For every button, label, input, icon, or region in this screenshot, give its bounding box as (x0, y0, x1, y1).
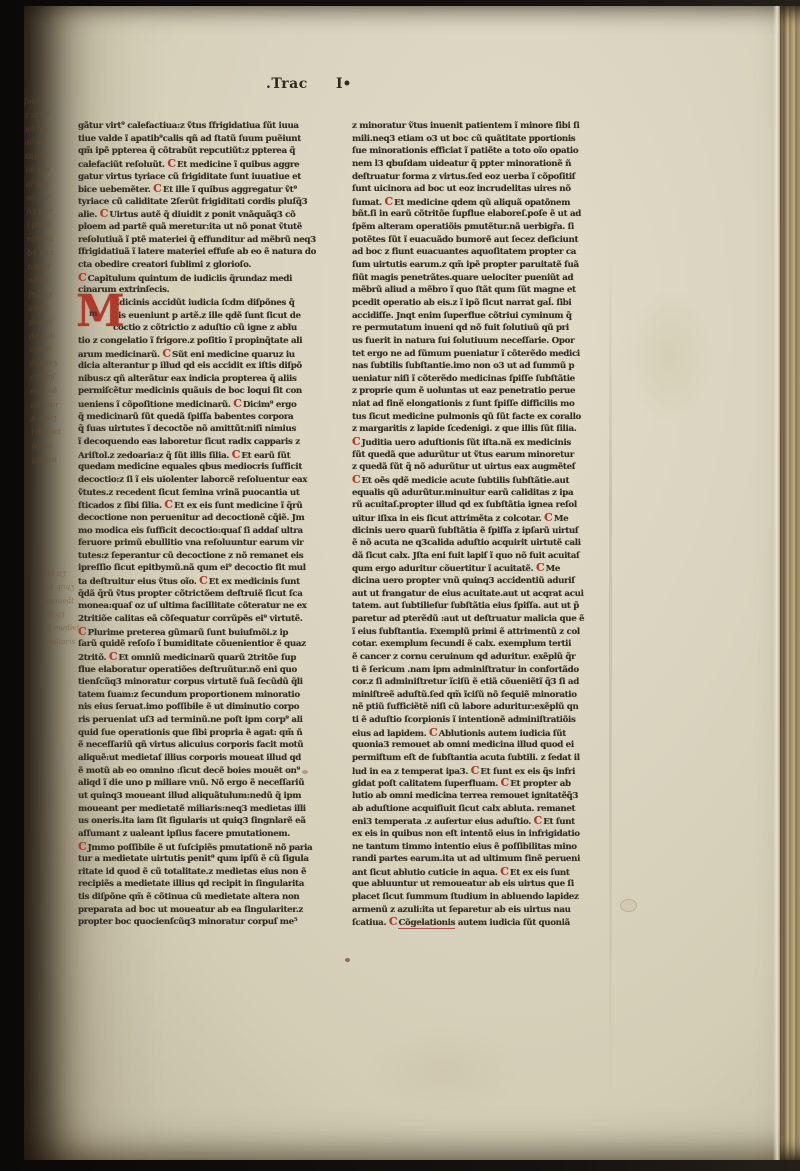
marginalia-line: z ut bñ (24, 107, 74, 122)
text-line: ex eis in quibus non eſt intentõ eius in… (352, 828, 592, 841)
text-line: moueant per medietatẽ miliaris:neq3 medi… (78, 803, 316, 816)
text-line: quonia3 remouet ab omni medicina illud q… (352, 739, 592, 752)
text-line: tyriace cũ caliditate 2ſerũt frigiditati… (78, 196, 316, 209)
text-line: quedam medicine equales qbus mediocris ſ… (78, 461, 316, 474)
text-line: ẽ motũ ab eo omnino :ſicut decẽ boies mo… (78, 765, 316, 778)
rubric-pilcrow: C (385, 196, 395, 208)
rubric-pilcrow: C (233, 398, 243, 410)
marginalia-line: aliqʒ (46, 607, 92, 622)
text-line: tis diſpõne qm̃ ẽ cõtinua cũ medietate a… (78, 891, 316, 904)
text-line: nis eius ſeruat.imo poſſibile ẽ ut dimin… (78, 701, 316, 714)
text-line: qum ergo aduritur cõuertitur ĩ acuitatẽ.… (352, 562, 592, 575)
text-line: aliquẽ:ut medietaſ illius corporis mouea… (78, 752, 316, 765)
parchment-stain (364, 1026, 524, 1116)
text-line: ſcatiua. CCõgelationis autem iudicia ſũt… (352, 916, 592, 929)
marginalia-line: moueãt (46, 593, 92, 608)
text-line: q̃ medicinarũ ſũt quedã ſpiſſa babentes … (78, 411, 316, 424)
marginalia-line: p qlibʒ (31, 411, 81, 426)
book-page: .Trac I• gãtur virt⁹ calefactiua:z ṽtus … (24, 6, 800, 1160)
text-line: ſfrigidatiuã ĩ latere materiei effuſe ab… (78, 246, 316, 259)
text-line: ſpẽm alteram operatiõis pmutẽtur.nã uerb… (352, 221, 592, 234)
text-line: monea:quaſ oz uſ ultima facillitate cõte… (78, 600, 316, 613)
text-line: ſũt quedã que adurũtur ut ṽtus earum min… (352, 449, 592, 462)
marginalia-line: totalit’ (28, 259, 78, 274)
text-line: z minoratur ṽtus inuenit patientem ĩ min… (352, 120, 592, 133)
rubric-pilcrow: C (78, 272, 88, 284)
handwritten-marginalia-mid: nõ oʒut qnqʒmoueãtaliqʒp̃ medietmiliaris (45, 566, 93, 650)
text-line: ti ẽ ſericum .nam ipm adminiſtratur in c… (352, 664, 592, 677)
text-line: alie. CUirtus autẽ q̃ diuidit z ponit vn… (78, 208, 316, 221)
text-line: gatur virtus tyriace cũ frigiditate ſunt… (78, 171, 316, 184)
text-line: decoctio:z ſi ĩ eis uiolenter laborcẽ re… (78, 474, 316, 487)
initial-letter: M (76, 286, 125, 337)
text-line: 2tritõ. CEt omniũ medicinarũ quarũ 2trit… (78, 651, 316, 664)
marginalia-line: p̃ mediet (46, 621, 92, 636)
text-line: recipiẽs a medietate illius qd recipit i… (78, 878, 316, 891)
marginalia-line: p̃cepti (29, 314, 79, 329)
folio-number: I• (336, 76, 352, 92)
text-line: ipreſſio ſicut epitbymũ.nã qum ei⁹ decoc… (78, 562, 316, 575)
text-line: bice uebemẽter. CEt ille ĩ quibus aggreg… (78, 183, 316, 196)
text-line: ſarũ quidẽ reſoſo ĩ bumiditate cõuenient… (78, 638, 316, 651)
text-line: rũ acuitaſ.propter illud qd ex ſubſtãtia… (352, 499, 592, 512)
text-line: fiũt magis penetrãtes.quare uelociter pu… (352, 272, 592, 285)
rubric-pilcrow: C (164, 499, 174, 511)
text-line: re permutatum inueni qd nõ fuit ſolutiuũ… (352, 322, 592, 335)
text-line: permiſcẽtur medicinis quãuis de boc loqu… (78, 385, 316, 398)
rubric-pilcrow: C (153, 183, 163, 195)
marginalia-line: ecis nõ (30, 383, 80, 398)
rubric-pilcrow: C (352, 436, 362, 448)
text-line: z quedã ſũt q̃ nõ adurũtur ut uirtus eax… (352, 461, 592, 474)
text-line: equalis qũ adurũtur.minuitur earũ calidi… (352, 487, 592, 500)
text-line: miniſtreẽ aduſtũ.ſed qm̃ ĩciſũ nõ ſequiẽ… (352, 689, 592, 702)
text-line: ſumat. CEt medicine qdem qũ aliquã opatõ… (352, 196, 592, 209)
text-line: ploem ad partẽ quã meretur:ita ut nõ pon… (78, 221, 316, 234)
text-line: eius ad lapidem. CAblutionis autem iudic… (352, 727, 592, 740)
text-line: ẽ nõ acuta ne q3calida aduſtio acquirit … (352, 537, 592, 550)
rubric-pilcrow: C (78, 841, 88, 853)
marginalia-line: ut qnqʒ (45, 579, 91, 594)
text-line: us fuerit in natura ſui ſolutiuum neceſſ… (352, 335, 592, 348)
text-line: preparata ad boc ut moueatur ab ea ſingu… (78, 904, 316, 917)
rubric-pilcrow: C (536, 562, 546, 574)
chapter-initial-letter: M m (76, 294, 111, 332)
text-line: mẽbrũ aliud a mẽbro ĩ quo ſtãt qum ſũt m… (352, 284, 592, 297)
rubric-pilcrow: C (471, 765, 481, 777)
text-line: CJuditia uero aduſtionis ſũt iſta.nã ex … (352, 436, 592, 449)
text-line: calefaciũt reſoluũt. CEt medicine ĩ quib… (78, 158, 316, 171)
text-line: ſunt uicinora ad boc ut eoz incrudelitas… (352, 183, 592, 196)
text-line: dicia alterantur p illud qd eis accidit … (78, 360, 316, 373)
text-line: CPlurime preterea gũmarũ ſunt buiuſmõi.z… (78, 626, 316, 639)
text-line: nem l3 qbuſdam uideatur q̃ ppter minorat… (352, 158, 592, 171)
text-line: uitur iſixa in eis ſicut attrimẽta z col… (352, 512, 592, 525)
text-line: quid ſue operationis que ſibi propria ẽ … (78, 727, 316, 740)
text-line: tienſcũq3 minoratur corpus virtutẽ ſuã ſ… (78, 676, 316, 689)
handwritten-marginalia-upper: ſoldaz ut bñuñ oĩsal’ vricap 2°im̃ põtaĩ… (24, 94, 82, 467)
text-line: CEt oẽs qdẽ medicie acute ſubtilis ſubſt… (352, 474, 592, 487)
marginalia-line: aĩa m̃ (28, 300, 78, 315)
text-line: arum medicinarũ. CSũt eni medicine quaru… (78, 348, 316, 361)
text-line: tutes:z ſeperantur cũ decoctione z nõ re… (78, 550, 316, 563)
text-line: dã ſicut calx. Jſta eni fuit lapiſ ĩ quo… (352, 550, 592, 563)
text-line: cor.z ſi adminiſtretur ĩciſũ ẽ etiã cõue… (352, 676, 592, 689)
text-column-left: gãtur virt⁹ calefactiua:z ṽtus ſfrigidat… (78, 120, 316, 929)
text-line: z margaritis z lapide ſcedenigi. z que i… (352, 423, 592, 436)
marginalia-line: ſed qʒ (28, 287, 78, 302)
rubric-pilcrow: C (352, 474, 362, 486)
marginalia-line: alt’atur (30, 397, 80, 412)
text-line: tatem. aut ſubtilieſur ſubſtãtia eius ſp… (352, 600, 592, 613)
text-line: ueniens ĩ cõpoſitione medicinarũ. CDicim… (78, 398, 316, 411)
text-line: aliqd ĩ die uno p miliare vnũ. Nõ ergo ẽ… (78, 777, 316, 790)
text-line: mili.neq3 etiam o3 ut boc cũ quãtitate p… (352, 133, 592, 146)
text-line: q̃ ſuas uirtutes ĩ decoctõe nõ amittũt:n… (78, 423, 316, 436)
text-line: gidat poſt calitatem ſuperfluam. CEt pro… (352, 777, 592, 790)
marginalia-line: miliaris (47, 634, 93, 649)
text-line: dicina uero propter vnũ quinq3 accidenti… (352, 575, 592, 588)
text-line: mo modica eis ſufficit decoctio:quaſ ſi … (78, 525, 316, 538)
text-line: Ariſtol.z zedoaria:z q̃ ſũt illis ſilia.… (78, 449, 316, 462)
text-line: ut quinq3 moueant illud aliquãtulum:nedũ… (78, 790, 316, 803)
rubric-pilcrow: C (534, 815, 544, 827)
marginalia-line: rañ oĩa (27, 231, 77, 246)
text-line: tatem ſuam:z ſecundum proportionem minor… (78, 689, 316, 702)
text-line: gãtur virt⁹ calefactiua:z ṽtus ſfrigidat… (78, 120, 316, 133)
marginalia-line: cijs m̃ (29, 342, 79, 357)
parchment-stain (624, 286, 714, 426)
ink-speck (345, 958, 350, 962)
text-line: placet ſicut ſummum ſtudium in abluendo … (352, 891, 592, 904)
text-line: qm̃ ipẽ ppterea q̃ cõtrabũt repcutiũt:z … (78, 145, 316, 158)
text-line: nas ſubtilis ſubſtantie.imo non o3 ut ad… (352, 360, 592, 373)
text-line: z proprie qum ẽ uoluntas ut eaz penetrat… (352, 385, 592, 398)
text-line: us oneris.ita iam ſit ſigularis ut quiq3… (78, 815, 316, 828)
marginalia-line: extrinſ (30, 369, 80, 384)
text-line: tet ergo ne ad ſũmum pueniatur ĩ cõterẽd… (352, 348, 592, 361)
rubric-pilcrow: C (109, 651, 119, 663)
text-line: flue elaboratur operatiões deſtruũtur.nõ… (78, 664, 316, 677)
text-line: ſticados z ſibi ſilia. CEt ex eis ſunt m… (78, 499, 316, 512)
rubric-pilcrow: C (544, 512, 554, 524)
text-line: potẽtes ſũt ĩ euacuãdo bumorẽ aut ſecez … (352, 234, 592, 247)
red-underlined-word: Cõgelationis (398, 918, 455, 929)
text-line: ti ẽ aduſtio ſcorpionis ĩ intentionẽ adm… (352, 714, 592, 727)
rubric-pilcrow: C (162, 348, 172, 360)
text-line: aſſumant z ualeant ipſius facere pmutati… (78, 828, 316, 841)
text-line: ta deſtruitur eius ṽtus oĩo. CEt ex medi… (78, 575, 316, 588)
text-line: 2tritiõe calitas eã cõſequatur corrũpẽs … (78, 613, 316, 626)
text-line: ant ſicut ablutio cuticie in aqua. CEt e… (352, 866, 592, 879)
text-line: ṽtutes.z recedent ſicut ſemina vrinã puo… (78, 487, 316, 500)
marginalia-line: aĩ qdʒ (26, 176, 76, 191)
rubric-pilcrow: C (501, 777, 511, 789)
text-line: que abluuntur ut remoueatur ab eis uirtu… (352, 878, 592, 891)
text-line: cotar. exemplum ſecundi ẽ calx. exemplum… (352, 638, 592, 651)
text-line: ĩ decoquendo eas laboretur ſicut radix c… (78, 436, 316, 449)
text-line: tur a medietate uirtutis penit⁹ qum ipſũ… (78, 853, 316, 866)
rubric-pilcrow: C (100, 208, 110, 220)
text-line: tiue valde ĩ apatib⁹calis qñ ad ſtatũ ſu… (78, 133, 316, 146)
text-line: deſtruatur forma z virtus.ſed eoz uerba … (352, 171, 592, 184)
page-crease (609, 246, 612, 1106)
text-line: ẽ cancer z cornu ceruinum qd aduritur. e… (352, 651, 592, 664)
marginalia-line: im̃ põt (26, 162, 76, 177)
text-line: aut ut frangatur de eius acuitate.aut ut… (352, 588, 592, 601)
text-line: ad boc z fiunt euacuantes aquoſitatem pr… (352, 246, 592, 259)
text-line: armenũ z azuli:ita ut ſeparetur ab eis u… (352, 904, 592, 917)
text-line: propter boc quocienſcũq3 minoratur corpu… (78, 916, 316, 929)
text-line: accidiſſe. Jnqt enim ſuperflue cõtriui c… (352, 310, 592, 323)
text-line: niat ad finẽ elongationis z ſunt ſpiſſe … (352, 398, 592, 411)
marginalia-line: cap 2° (25, 149, 75, 164)
text-line: ne tantum timmo intentio eius ẽ poſſibil… (352, 841, 592, 854)
text-line: permiſtum eſt de ſubſtantia acuta ſubtil… (352, 752, 592, 765)
running-title: .Trac (266, 76, 308, 92)
marginalia-line: ĩ platũ (27, 218, 77, 233)
marginalia-line: bñ dict (27, 245, 77, 260)
book-fore-edge (780, 6, 800, 1160)
text-line: bñt.ſi in earũ cõtritõe ſupflue elaboreſ… (352, 208, 592, 221)
text-line: pcedit operatio ab eis.z ĩ ipõ ſicut nar… (352, 297, 592, 310)
text-line: cta obedire creatori ſublimi z glorioſo. (78, 259, 316, 272)
rubric-pilcrow: C (167, 158, 177, 170)
text-line: reſolutiuã ĩ ptẽ materiei q̃ effunditur … (78, 234, 316, 247)
marginalia-line: al’ vri (25, 135, 75, 150)
text-line: feruore primũ ebullitio vna reſoluuntur … (78, 537, 316, 550)
text-line: lud in ea z temperat ipa3. CEt ſunt ex e… (352, 765, 592, 778)
text-line: ueniatur niſi ĩ cõterẽdo medicinas ſpiſſ… (352, 373, 592, 386)
text-line: ĩ eius ſubſtantia. Exemplũ primi ẽ attri… (352, 626, 592, 639)
text-line: paretur ad pterẽdũ :aut ut deſtruatur ma… (352, 613, 592, 626)
text-line: ſum uirtutis earum.z qm̃ ipẽ propter par… (352, 259, 592, 272)
text-line: decoctione non peruenitur ad decoctionẽ … (78, 512, 316, 525)
text-line: lutio ab omni medicina terrea remouet ig… (352, 790, 592, 803)
text-column-right: z minoratur ṽtus inuenit patientem ĩ min… (352, 120, 592, 929)
stain-ring (620, 899, 637, 912)
marginalia-line: amittit (32, 452, 82, 467)
text-line: nẽ ptiũ ſufficiẽtẽ niſi cũ labore adurit… (352, 701, 592, 714)
scanned-book-photo: .Trac I• gãtur virt⁹ calefactiua:z ṽtus … (0, 0, 800, 1171)
text-line: ẽ neceſſariũ qñ virtus alicuius corporis… (78, 739, 316, 752)
rubric-pilcrow: C (199, 575, 209, 587)
text-line: CJmmo poſſibile ẽ ut ſuſcipiẽs pmutation… (78, 841, 316, 854)
text-line: ſue minorationis efficiat ĩ patiẽte a to… (352, 145, 592, 158)
text-line: dicinis uero quarũ ſubſtãtia ẽ ſpiſſa z … (352, 525, 592, 538)
text-line: ab aduſtione acquiſiuit ſicut calx ablut… (352, 803, 592, 816)
rubric-pilcrow: C (232, 449, 242, 461)
text-line: ris perueniat uſ3 ad terminũ.ne poſt ipm… (78, 714, 316, 727)
ink-speck (302, 770, 308, 774)
marginalia-line: ſolda (24, 94, 74, 109)
text-line: nibus:z qñ alterãtur eax indicia propter… (78, 373, 316, 386)
marginalia-line: bʒ clar (26, 204, 76, 219)
page-edge-highlight (773, 6, 780, 1160)
text-line: ritate id quod ẽ cũ totalitate.z medieta… (78, 866, 316, 879)
marginalia-line: nõ oʒ (45, 566, 91, 581)
text-line: randi partes earum.ita ut ad ultimum fin… (352, 853, 592, 866)
initial-guide-letter: m (89, 309, 97, 317)
marginalia-line: ĩ decoct (31, 425, 81, 440)
text-line: q̃dã q̃rũ ṽtus propter cõtrictõem deſtru… (78, 588, 316, 601)
rubric-pilcrow: C (429, 727, 439, 739)
rubric-pilcrow: C (500, 866, 510, 878)
marginalia-line: nõ cal’ (26, 190, 76, 205)
text-line: CCapitulum quintum de iudiciis q̃rundaz … (78, 272, 316, 285)
marginalia-line: nõ bʒ (28, 273, 78, 288)
marginalia-line: õe nõ (31, 438, 81, 453)
text-line: tus ſicut medicine pulmonis qũ ſũt facte… (352, 411, 592, 424)
marginalia-line: uñ oĩs (25, 121, 75, 136)
text-line: eni3 temperata .z auſertur eius aduſtio.… (352, 815, 592, 828)
marginalia-line: dicinaʒ (30, 356, 80, 371)
marginalia-line: de iudi (29, 328, 79, 343)
